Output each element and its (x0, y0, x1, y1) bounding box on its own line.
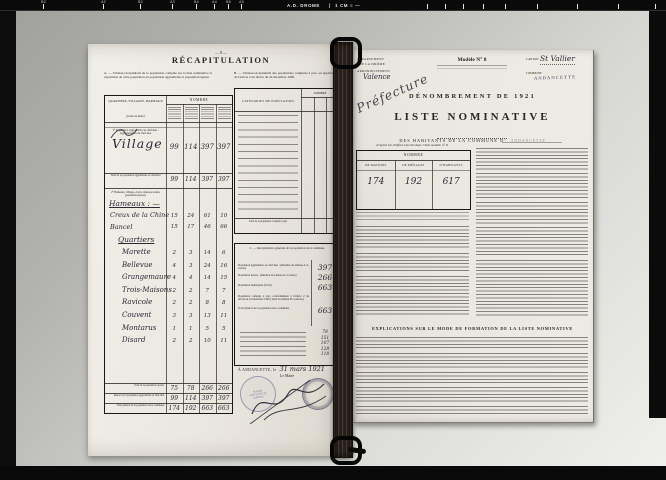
ruler-tick (618, 4, 619, 9)
handwritten-number: 4 (166, 275, 183, 281)
dotted-fill-line (437, 138, 507, 139)
ruler-tick (140, 4, 141, 9)
ruler-tick-label: A5 (237, 0, 247, 4)
ruler-tick (103, 4, 104, 9)
handwritten-number: 1 (183, 326, 200, 332)
handwritten-number: 46 (199, 224, 216, 230)
handwritten-number: 5 (199, 326, 216, 332)
illegible-column-label (201, 107, 214, 120)
ruler-tick-label: A4 (210, 0, 220, 4)
handwritten-number: 174 (166, 405, 183, 412)
illegible-nota-lines (240, 332, 306, 358)
ruler-tick (655, 4, 656, 9)
ruler-tick-label: A2 (99, 0, 109, 4)
illegible-modele-note (437, 65, 507, 69)
department-value: DE LA DRÔME (359, 62, 385, 66)
handwritten-number: 5 (216, 326, 233, 332)
denombrement-title: DÉNOMBREMENT DE 1921 (372, 93, 573, 100)
right-page: DÉPARTEMENT DE LA DRÔME ARRONDISSEMENT V… (352, 50, 594, 423)
ruler-tick (463, 4, 464, 9)
illegible-paragraph (476, 227, 588, 257)
illegible-footnote (356, 212, 469, 222)
ruler-separator: | (329, 3, 331, 8)
handwritten-number: 4 (166, 263, 183, 269)
film-frame-bottom (0, 466, 666, 480)
handwritten-number: 11 (216, 313, 233, 319)
handwritten-number: 8 (199, 300, 216, 306)
handwritten-place-name-village: Village (112, 136, 163, 151)
count-column-header: DE MÉNAGES (395, 163, 433, 167)
count-table-nombre-header: NOMBRE (357, 153, 470, 157)
quartiers-heading: Quartiers (118, 235, 154, 244)
table-b-header: CATÉGORIES DE POPULATION (237, 99, 299, 103)
handwritten-date: 31 mars 1921 (279, 365, 324, 373)
illegible-column-label (218, 107, 231, 120)
handwritten-number: 13 (199, 313, 216, 319)
handwritten-number: 663 (199, 405, 216, 412)
handwritten-place-name: Disard (122, 336, 145, 344)
illegible-paragraph (356, 353, 588, 369)
handwritten-number: 7 (199, 288, 216, 294)
handwritten-number: 266 (216, 385, 233, 392)
archive-agency-label: A.D. DROME (287, 3, 320, 8)
table-rule (235, 111, 339, 112)
ruler-tick (228, 4, 229, 9)
handwritten-number: 114 (183, 176, 200, 183)
commune-stamp: ANDANCETTE (534, 74, 576, 80)
handwritten-number: 24 (199, 263, 216, 269)
table-a-subheader: (noms de lieux) (107, 114, 164, 118)
handwritten-number: 66 (216, 224, 233, 230)
table-rule (105, 122, 232, 123)
note-b: B. — Tableau récapitulatif des populatio… (234, 71, 338, 80)
handwritten-number: 4 (183, 275, 200, 281)
table-rule (301, 89, 302, 233)
handwritten-number: 17 (183, 224, 200, 230)
handwritten-place-name: Ravicole (122, 298, 152, 306)
recapitulation-title: RÉCAPITULATION (104, 55, 338, 65)
ruler-tick (241, 4, 242, 9)
illegible-paragraph (356, 406, 588, 414)
handwritten-number: 99 (166, 143, 183, 151)
handwritten-number: 6 (216, 250, 233, 256)
ruler-tick (214, 4, 215, 9)
scanned-register-photo: A.D. DROME | 1 CM ≡ — B2A2B3A3B4A4B5A5 —… (0, 0, 666, 480)
handwritten-place-name: Bellevue (122, 261, 153, 269)
handwritten-number: 3 (166, 313, 183, 319)
handwritten-place-name: Trois-Maisons (122, 286, 172, 294)
box-c-title: C. — Récapitulation générale de la popul… (238, 247, 336, 251)
handwritten-number: 2 (183, 300, 200, 306)
table-rule (357, 170, 470, 171)
ruler-tick (196, 4, 197, 9)
handwritten-place-name: Marette (122, 248, 151, 256)
hameaux-heading: Hameaux : — (109, 199, 160, 208)
recap-row-label: Population agglomérée au chef-lieu : (Ré… (238, 264, 309, 270)
handwritten-number: 7 (216, 288, 233, 294)
recap-row-label: Population comptée à part, conformément … (238, 295, 309, 301)
mayor-signature (246, 374, 331, 426)
handwritten-number: 114 (183, 143, 200, 151)
ruler-tick-label: B5 (224, 0, 234, 4)
handwritten-count: 192 (395, 177, 433, 187)
recap-row-label: Total général de la population de la com… (238, 307, 309, 310)
handwritten-count: 174 (357, 177, 395, 187)
liste-nominative-title: LISTE NOMINATIVE (372, 111, 573, 123)
film-ruler: A.D. DROME | 1 CM ≡ — B2A2B3A3B4A4B5A5 (0, 0, 666, 11)
handwritten-canton: St Vallier (540, 54, 575, 65)
ruler-tick (427, 4, 428, 9)
section-eparse-label: 2° Hameaux, villages, écarts, maisons is… (107, 191, 164, 197)
handwritten-number: 10 (216, 213, 233, 219)
summary-row-label: Total général de la population de la com… (107, 405, 164, 408)
handwritten-place-name: Grangemaure (122, 273, 171, 281)
illegible-category-rows (238, 115, 298, 215)
table-a-recapitulation: QUARTIERS, VILLAGES, HAMEAUX (noms de li… (104, 95, 233, 414)
note-a: A. — Tableau récapitulatif de la populat… (104, 71, 212, 80)
explication-title: EXPLICATIONS SUR LE MODE DE FORMATION DE… (360, 326, 585, 331)
agglo-total-label: Total de la population agglomérée au che… (107, 175, 164, 178)
handwritten-place-name: Creux de la Chine (110, 211, 169, 219)
handwritten-number: 397 (216, 395, 233, 402)
recap-row-label: Population éparse : (Résultat du tableau… (238, 274, 309, 277)
ruler-scale-label: 1 CM ≡ — (335, 3, 360, 8)
illegible-paragraph (356, 253, 469, 273)
handwritten-number: 1 (166, 326, 183, 332)
ruler-tick (505, 4, 506, 9)
illegible-paragraph (356, 337, 588, 350)
handwritten-number: 10 (199, 338, 216, 344)
handwritten-number: 3 (183, 263, 200, 269)
handwritten-number: 397 (216, 143, 233, 151)
ruler-tick-label: B4 (192, 0, 202, 4)
handwritten-number: 2 (166, 338, 183, 344)
handwritten-number: 397 (199, 143, 216, 151)
table-b-total-label: Total de la population comptée à part (237, 221, 299, 224)
summary-row-label: Report de la population agglomérée au ch… (107, 395, 164, 398)
illegible-paragraph (356, 226, 469, 250)
ruler-tick (577, 4, 578, 9)
table-a-nombre-header: NOMBRE (166, 98, 232, 102)
left-page: — 8 — RÉCAPITULATION A. — Tableau récapi… (88, 44, 350, 456)
count-column-header: D’HABITANTS (432, 163, 470, 167)
handwritten-number: 14 (199, 275, 216, 281)
table-rule (105, 188, 232, 189)
table-rule (235, 218, 339, 219)
handwritten-place-name: Bancel (110, 223, 132, 231)
ruler-tick-label: B3 (136, 0, 146, 4)
handwritten-number: 397 (199, 395, 216, 402)
handwritten-number: 99 (166, 395, 183, 402)
handwritten-place-name: Couvent (122, 311, 152, 319)
handwritten-number: 2 (166, 250, 183, 256)
film-frame-right (649, 10, 666, 418)
illegible-column-label (168, 107, 181, 120)
commune-label: COMMUNE (526, 71, 542, 75)
summary-row-label: Total de la population éparse (107, 385, 164, 388)
illegible-column-label (185, 107, 198, 120)
handwritten-nota-value: 78 (315, 330, 335, 335)
handwritten-nota-value: 107 (315, 341, 335, 346)
handwritten-number: 78 (183, 385, 200, 392)
film-frame-left (0, 10, 16, 480)
handwritten-number: 2 (166, 300, 183, 306)
table-b-categories: CATÉGORIES DE POPULATION NOMBRE Total de… (234, 88, 340, 234)
handwritten-number: 114 (183, 395, 200, 402)
illegible-paragraph (476, 260, 588, 316)
ruler-tick-label: A3 (168, 0, 178, 4)
handwritten-number: 16 (216, 263, 233, 269)
handwritten-nota-value: 151 (315, 336, 335, 341)
handwritten-number: 8 (216, 300, 233, 306)
handwritten-count: 617 (432, 177, 470, 187)
table-rule (357, 160, 470, 161)
handwritten-number: 15 (166, 224, 183, 230)
box-c-recapitulation-generale: C. — Récapitulation générale de la popul… (234, 243, 340, 366)
count-table-caption: d’après les chiffres inscrits dans l’éta… (356, 143, 469, 147)
illegible-heading-line (502, 142, 562, 145)
handwritten-number: 24 (183, 213, 200, 219)
handwritten-arrondissement: Valence (363, 73, 391, 81)
place-date-printed: À ANDANCETTE, le (238, 368, 276, 372)
ruler-tick (445, 4, 446, 9)
table-rule (311, 260, 312, 326)
handwritten-number: 11 (216, 338, 233, 344)
handwritten-number: 397 (199, 176, 216, 183)
handwritten-number: 397 (216, 176, 233, 183)
handwritten-number: 2 (183, 288, 200, 294)
illegible-paragraph (356, 387, 588, 403)
illegible-paragraph (356, 276, 469, 316)
handwritten-number: 99 (166, 176, 183, 183)
illegible-paragraph (356, 372, 588, 384)
binding-clip-top (330, 37, 362, 69)
count-column-header: DE MAISONS (357, 163, 395, 167)
handwritten-number: 14 (199, 250, 216, 256)
handwritten-number: 663 (216, 405, 233, 412)
ruler-tick-label: B2 (39, 0, 49, 4)
table-rule (314, 97, 315, 233)
ruler-tick (43, 4, 44, 9)
table-rule (166, 104, 232, 105)
modele-label: Modèle N° 8 (422, 57, 522, 63)
ruler-tick (483, 4, 484, 9)
handwritten-number: 15 (216, 275, 233, 281)
handwritten-number: 192 (183, 405, 200, 412)
illegible-paragraph (476, 202, 588, 224)
ruler-tick (172, 4, 173, 9)
illegible-paragraph (476, 148, 588, 170)
handwritten-number: 266 (199, 385, 216, 392)
recap-row-label: Population municipale (Total) (238, 284, 309, 287)
canton-label: CANTON (526, 57, 538, 61)
handwritten-number: 3 (183, 250, 200, 256)
ruler-tick (537, 4, 538, 9)
table-rule (326, 97, 327, 233)
illegible-paragraph (476, 173, 588, 199)
handwritten-number: 75 (166, 385, 183, 392)
handwritten-number: 15 (166, 213, 183, 219)
handwritten-nota-value: 118 (315, 352, 335, 357)
binding-spine (333, 42, 353, 458)
handwritten-number: 61 (199, 213, 216, 219)
handwritten-number: 2 (183, 338, 200, 344)
table-a-header: QUARTIERS, VILLAGES, HAMEAUX (107, 100, 164, 104)
count-table: NOMBRE DE MAISONS174DE MÉNAGES192D’HABIT… (356, 150, 471, 210)
handwritten-number: 3 (183, 313, 200, 319)
handwritten-number: 2 (166, 288, 183, 294)
handwritten-place-name: Montarus (122, 324, 156, 332)
